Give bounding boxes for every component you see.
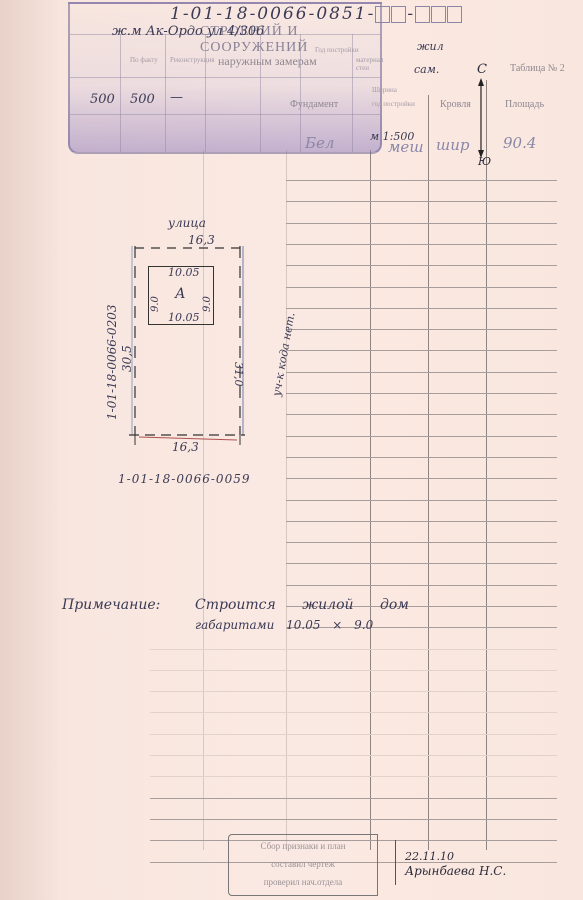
compass-north: С [477, 62, 487, 77]
printed-col-header: материал стен [356, 56, 383, 72]
footer-stamp: Сбор признаки и план составил чертеж про… [228, 834, 378, 896]
faded-material-1: Бел [305, 134, 334, 152]
grid-row-line [286, 585, 557, 586]
footer-divider [395, 840, 396, 885]
printed-col-header: По факту [130, 56, 158, 64]
house-left-dim: 9.0 [150, 296, 161, 312]
grid-row-line [150, 649, 557, 650]
label-foundation: Фундамент [290, 99, 338, 110]
grid-row-line [150, 670, 557, 671]
house-bottom-dim: 10.05 [168, 311, 200, 324]
grid-row-line [286, 542, 557, 543]
grid-row-line [286, 436, 557, 437]
signature-date: 22.11.10 [405, 850, 454, 863]
grid-row-line [286, 329, 557, 330]
house-top-dim: 10.05 [168, 266, 200, 279]
handwritten-wall-2: сам. [414, 63, 439, 76]
label-roof: Кровля [440, 99, 471, 110]
note-label: Примечание: [62, 597, 160, 613]
grid-row-line [286, 265, 557, 266]
faded-material-2: меш [388, 138, 424, 156]
grid-row-line [150, 691, 557, 692]
grid-row-line [286, 521, 557, 522]
grid-row-line [286, 457, 557, 458]
grid-row-line [150, 755, 557, 756]
house-letter: А [175, 286, 186, 302]
grid-row-line [150, 712, 557, 713]
address: ж.м Ак-Ордо ул 4/306 [112, 24, 264, 39]
grid-row-line [150, 734, 557, 735]
compass-south: Ю [478, 155, 491, 168]
signature-name: Арынбаева Н.С. [405, 864, 506, 878]
grid-row-line [150, 776, 557, 777]
grid-row-line [286, 223, 557, 224]
label-area: Площадь [505, 99, 544, 110]
grid-row-line [286, 393, 557, 394]
grid-row-line [286, 244, 557, 245]
cadastral-code: 1-01-18-0066-0851-- [170, 4, 463, 24]
area-value: 90.4 [503, 134, 536, 152]
row-value-3: — [170, 90, 183, 105]
note-line-1: Строится жилой дом [195, 597, 409, 613]
grid-row-line [286, 478, 557, 479]
grid-row-line [286, 201, 557, 202]
plot-right-length: 31,0 [232, 362, 245, 387]
plot-left-length: 30,5 [120, 345, 134, 372]
footer-stamp-line: проверил нач.отдела [229, 877, 377, 887]
grid-row-line [286, 414, 557, 415]
house-right-dim: 9.0 [202, 296, 213, 312]
label-year-built: год постройки [372, 100, 422, 108]
footer-stamp-line: Сбор признаки и план [229, 841, 377, 851]
grid-row-line [286, 287, 557, 288]
row-value-2: 500 [130, 92, 155, 107]
right-neighbor-note: уч-к кода нет. [270, 311, 298, 397]
grid-row-line [286, 500, 557, 501]
bottom-neighbor-code: 1-01-18-0066-0059 [118, 472, 250, 486]
printed-col-header: Год постройки [315, 46, 359, 54]
faded-material-3: шир [436, 136, 469, 154]
handwritten-wall-1: жил [417, 40, 444, 53]
printed-subtitle: наружным замерам [218, 54, 317, 69]
grid-row-line [286, 308, 557, 309]
printed-col-header: Реконструкция [170, 56, 214, 64]
footer-stamp-line: составил чертеж [229, 859, 377, 869]
row-value-1: 500 [90, 92, 115, 107]
grid-row-line [286, 350, 557, 351]
grid-row-line [150, 798, 557, 799]
plot-bottom-width: 16,3 [172, 440, 199, 454]
grid-row-line [286, 372, 557, 373]
grid-row-line [286, 563, 557, 564]
grid-vline [428, 95, 429, 850]
grid-row-line [286, 180, 557, 181]
left-neighbor-code: 1-01-18-0066-0203 [105, 305, 119, 420]
note-line-2: габаритами 10.05 × 9.0 [195, 618, 373, 632]
page-shadow [0, 0, 60, 900]
grid-row-line [150, 819, 557, 820]
label-width: Ширина [372, 86, 397, 94]
street-label: улица [168, 216, 206, 230]
compass-arrow-icon [476, 78, 486, 158]
table-number-label: Таблица № 2 [510, 63, 565, 74]
document-page: СТРОЕНИЙ И СООРУЖЕНИЙ наружным замерам П… [0, 0, 583, 900]
